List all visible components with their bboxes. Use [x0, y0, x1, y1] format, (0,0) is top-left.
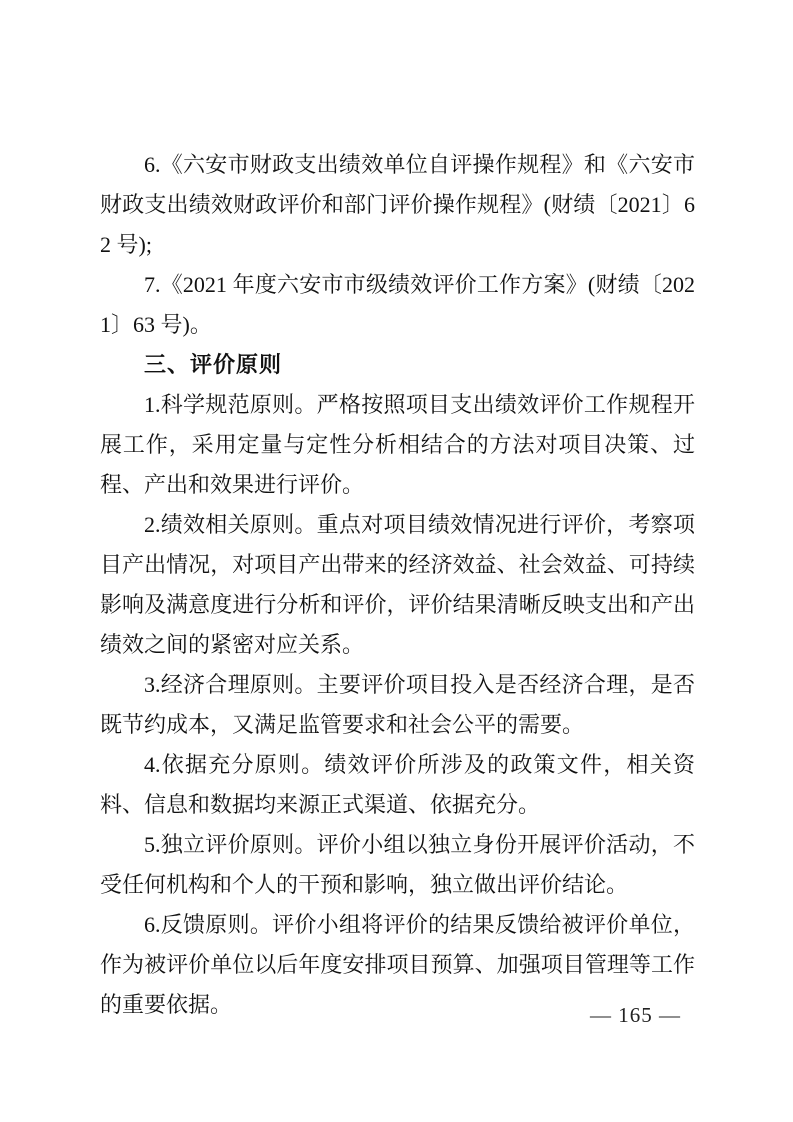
paragraph-principle-5: 5.独立评价原则。评价小组以独立身份开展评价活动，不受任何机构和个人的干预和影响… [100, 825, 695, 905]
paragraph-ref-6: 6.《六安市财政支出绩效单位自评操作规程》和《六安市财政支出绩效财政评价和部门评… [100, 145, 695, 265]
page-number: — 165 — [590, 1002, 681, 1028]
document-body: 6.《六安市财政支出绩效单位自评操作规程》和《六安市财政支出绩效财政评价和部门评… [100, 145, 695, 1025]
paragraph-principle-4: 4.依据充分原则。绩效评价所涉及的政策文件，相关资料、信息和数据均来源正式渠道、… [100, 745, 695, 825]
document-page: 6.《六安市财政支出绩效单位自评操作规程》和《六安市财政支出绩效财政评价和部门评… [0, 0, 793, 1122]
paragraph-ref-7: 7.《2021 年度六安市市级绩效评价工作方案》(财绩〔2021〕63 号)。 [100, 265, 695, 345]
paragraph-principle-1: 1.科学规范原则。严格按照项目支出绩效评价工作规程开展工作，采用定量与定性分析相… [100, 385, 695, 505]
section-heading-evaluation-principles: 三、评价原则 [100, 345, 695, 385]
paragraph-principle-3: 3.经济合理原则。主要评价项目投入是否经济合理，是否既节约成本，又满足监管要求和… [100, 665, 695, 745]
paragraph-principle-2: 2.绩效相关原则。重点对项目绩效情况进行评价，考察项目产出情况，对项目产出带来的… [100, 505, 695, 665]
